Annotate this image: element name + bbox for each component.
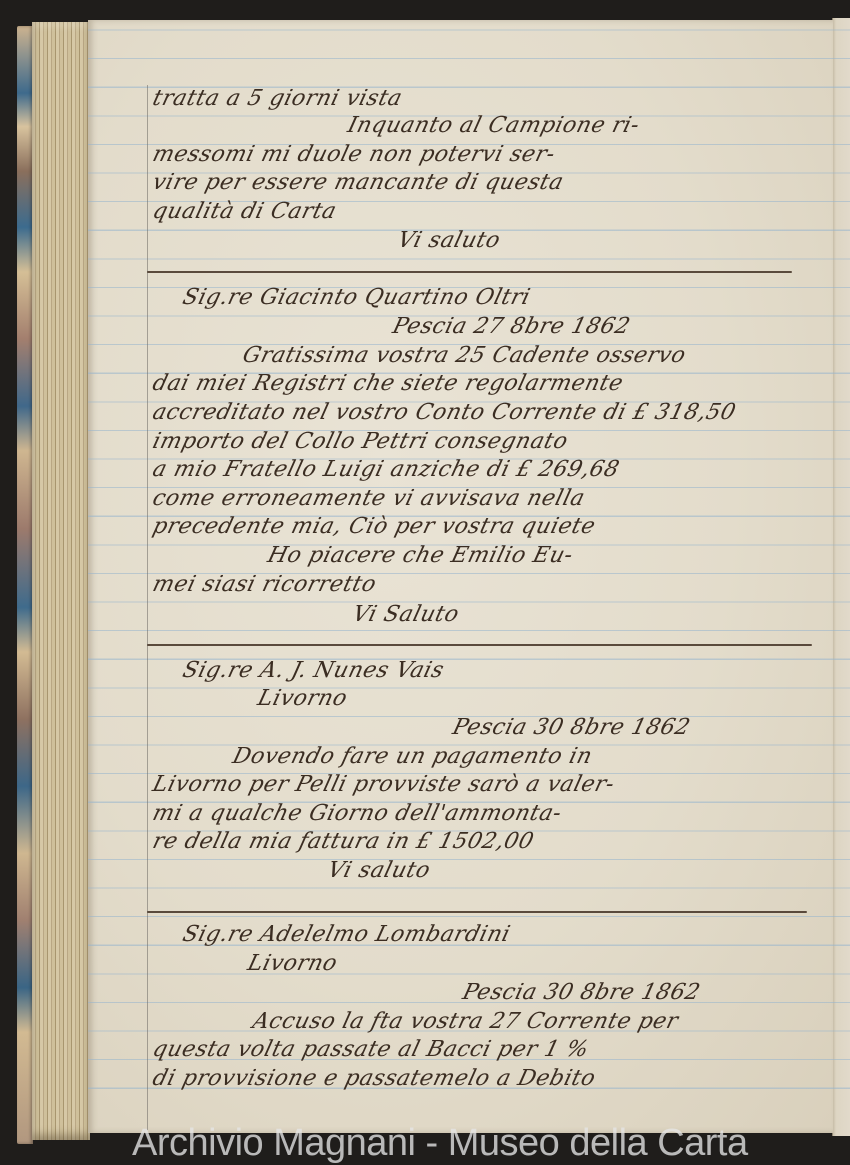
text-line: Inquanto al Campione ri- — [345, 113, 642, 138]
document-viewer: tratta a 5 giorni vista Inquanto al Camp… — [0, 0, 850, 1165]
text-line: tratta a 5 giorni vista — [150, 86, 405, 111]
text-line: Dovendo fare un pagamento in — [230, 744, 595, 769]
text-line: re della mia fattura in £ 1502,00 — [150, 829, 536, 854]
text-line: questa volta passate al Bacci per 1 % — [150, 1037, 591, 1062]
place: Livorno — [245, 951, 340, 976]
entry-separator — [147, 271, 792, 273]
margin-line — [147, 85, 148, 1130]
underlying-sheet — [832, 18, 850, 1136]
text-line: accreditato nel vostro Conto Corrente di… — [150, 400, 739, 425]
text-line: come erroneamente vi avvisava nella — [150, 486, 587, 511]
marbled-cover-edge — [17, 26, 33, 1144]
text-line: Ho piacere che Emilio Eu- — [265, 543, 576, 568]
text-line: Accuso la fta vostra 27 Corrente per — [250, 1009, 681, 1034]
archive-watermark: Archivio Magnani - Museo della Carta — [132, 1122, 748, 1165]
text-line: qualità di Carta — [150, 199, 339, 224]
text-line: Gratissima vostra 25 Cadente osservo — [240, 343, 688, 368]
text-line: a mio Fratello Luigi anziche di £ 269,68 — [150, 457, 622, 482]
page-stack-edge — [32, 22, 90, 1140]
text-line: dai miei Registri che siete regolarmente — [150, 371, 626, 396]
place: Livorno — [255, 686, 350, 711]
text-line: importo del Collo Pettri consegnato — [150, 429, 571, 454]
text-line: vire per essere mancante di questa — [150, 170, 566, 195]
addressee: Sig.re A. J. Nunes Vais — [180, 658, 447, 683]
closing-salutation: Vi saluto — [395, 228, 503, 253]
text-line: di provvisione e passatemelo a Debito — [150, 1066, 598, 1091]
dateline: Pescia 27 8bre 1862 — [390, 314, 633, 339]
dateline: Pescia 30 8bre 1862 — [450, 715, 693, 740]
entry-separator — [147, 911, 807, 913]
closing-salutation: Vi Saluto — [350, 602, 462, 627]
text-line: precedente mia, Ciò per vostra quiete — [150, 514, 598, 539]
text-line: Livorno per Pelli provviste sarò a valer… — [150, 772, 617, 797]
closing-salutation: Vi saluto — [325, 858, 433, 883]
text-line: mi a qualche Giorno dell'ammonta- — [150, 801, 564, 826]
text-line: messomi mi duole non potervi ser- — [150, 142, 558, 167]
addressee: Sig.re Adelelmo Lombardini — [180, 922, 513, 947]
dateline: Pescia 30 8bre 1862 — [460, 980, 703, 1005]
text-line: mei siasi ricorretto — [150, 572, 379, 597]
addressee: Sig.re Giacinto Quartino Oltri — [180, 285, 533, 310]
entry-separator — [147, 644, 812, 646]
